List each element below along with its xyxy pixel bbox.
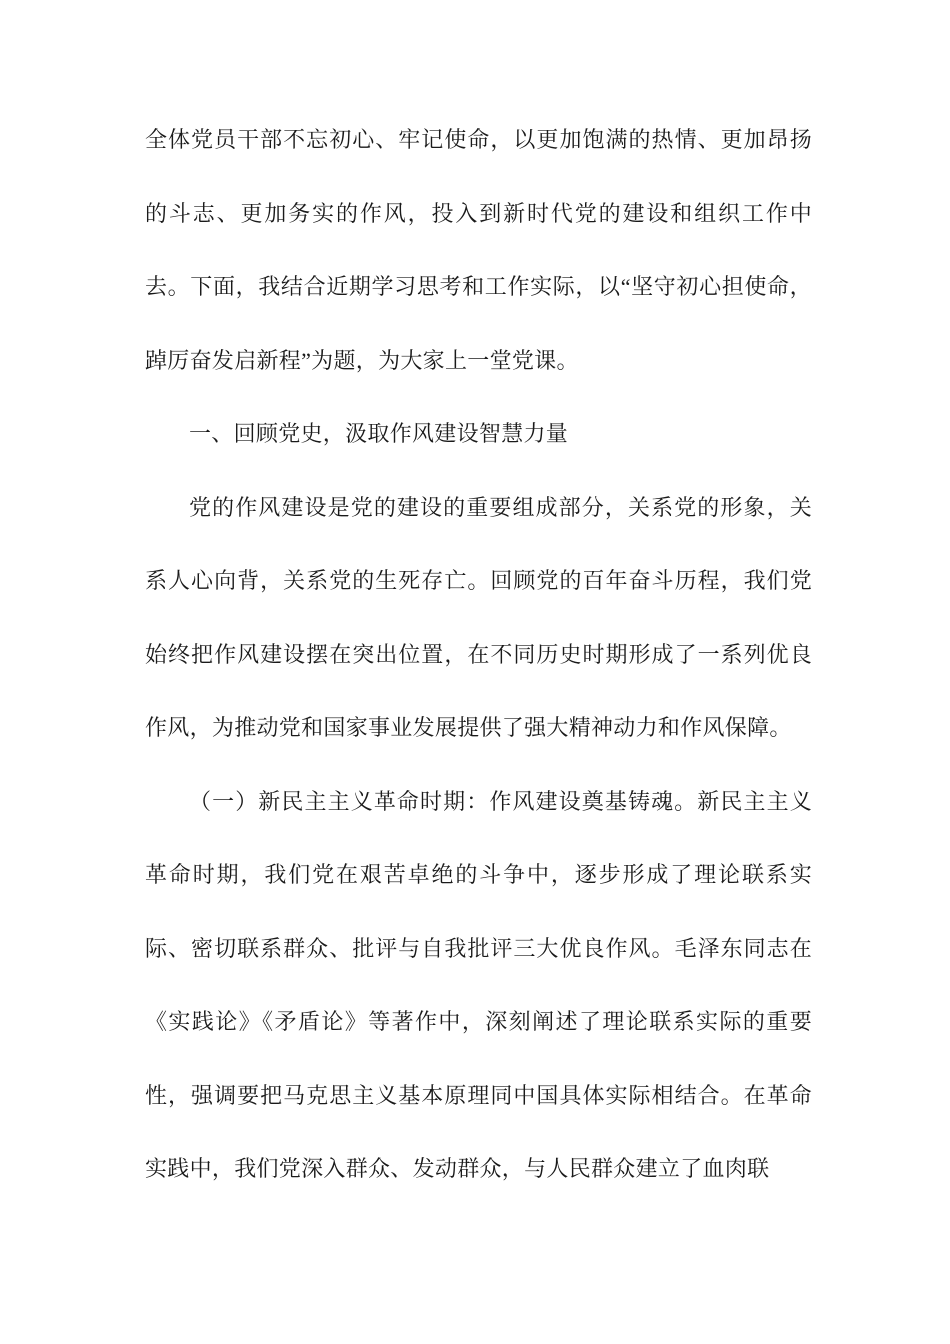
paragraph: 全体党员干部不忘初心、牢记使命，以更加饱满的热情、更加昂扬的斗志、更加务实的作风…: [145, 103, 812, 397]
section-heading: 一、回顾党史，汲取作风建设智慧力量: [145, 397, 812, 471]
document-text-block: 全体党员干部不忘初心、牢记使命，以更加饱满的热情、更加昂扬的斗志、更加务实的作风…: [145, 103, 812, 1206]
paragraph: （一）新民主主义革命时期：作风建设奠基铸魂。新民主主义革命时期，我们党在艰苦卓绝…: [145, 765, 812, 1206]
paragraph: 党的作风建设是党的建设的重要组成部分，关系党的形象，关系人心向背，关系党的生死存…: [145, 471, 812, 765]
document-page: 全体党员干部不忘初心、牢记使命，以更加饱满的热情、更加昂扬的斗志、更加务实的作风…: [0, 0, 950, 1344]
